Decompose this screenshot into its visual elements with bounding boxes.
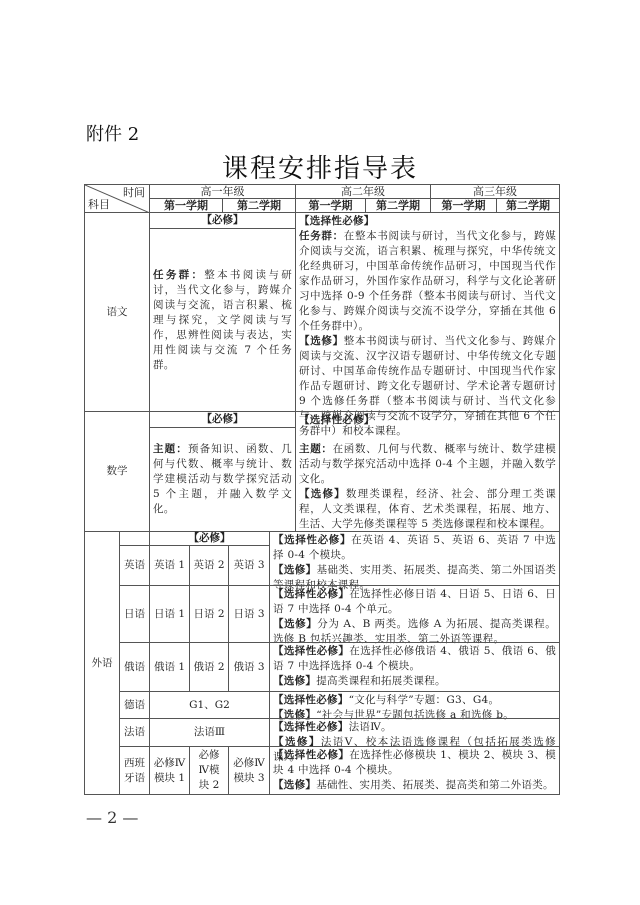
required-module: 必修Ⅳ模块 2 [189, 746, 229, 795]
semester-header: 第一学期 [149, 198, 223, 213]
required-module: 必修Ⅳ模块 3 [228, 746, 270, 795]
elective-label: 【选修】 [273, 675, 316, 687]
japanese-selective-content: 【选择性必修】在选择性必修日语 4、日语 5、日语 6、日语 7 中选择 0-4… [269, 585, 560, 643]
subject-math-name: 数学 [84, 411, 150, 532]
semester-header: 第二学期 [222, 198, 296, 213]
math-elective-label: 【选修】 [299, 488, 346, 500]
chinese-selective-content: 【选择性必修】 任务群：在整本书阅读与研讨，当代文化参与，跨媒介阅读与交流，语言… [295, 212, 560, 412]
math-selective-lead: 主题： [299, 443, 333, 455]
required-module: 日语 2 [189, 585, 229, 643]
french-selective-content: 【选择性必修】法语Ⅳ。 【选修】法语Ⅴ、校本法语选修课程（包括拓展类选修课）。 [269, 718, 560, 747]
selective-label: 【选择性必修】 [273, 694, 349, 706]
required-module: 俄语 1 [149, 642, 190, 692]
required-module: 日语 3 [228, 585, 270, 643]
chinese-required-content: 任务群：整本书阅读与研讨，当代文化参与，跨媒介阅读与交流，语言积累、梳理与探究，… [149, 228, 296, 412]
grade-header-1: 高一年级 [149, 184, 296, 199]
chinese-selective-label: 【选择性必修】 [299, 214, 556, 229]
chinese-selective-lead: 任务群： [299, 230, 344, 242]
elective-label: 【选修】 [273, 618, 317, 630]
selective-text: “文化与科学”专题：G3、G4。 [349, 694, 500, 706]
required-module: 日语 1 [149, 585, 190, 643]
semester-header: 第一学期 [295, 198, 366, 213]
elective-text: 基础性、实用类、拓展类、提高类和第二外语类。 [316, 779, 554, 791]
math-required-label: 【必修】 [149, 411, 296, 428]
elective-label: 【选修】 [273, 779, 316, 791]
page-number: — 2 — [86, 808, 138, 827]
required-module: 必修Ⅳ模块 1 [149, 746, 190, 795]
language-name-spanish: 西班牙语 [119, 746, 150, 795]
language-name-japanese: 日语 [119, 585, 150, 643]
english-selective-content: 【选择性必修】在英语 4、英语 5、英语 6、英语 7 中选择 0-4 个模块。… [269, 531, 560, 586]
corner-subject-label: 科目 [88, 197, 110, 212]
chinese-required-lead: 任务群： [153, 269, 204, 281]
semester-header: 第二学期 [365, 198, 431, 213]
chinese-elective-label: 【选修】 [299, 335, 344, 347]
required-module: 俄语 3 [228, 642, 270, 692]
foreign-required-label: 【必修】 [149, 531, 270, 546]
subject-chinese-name: 语文 [84, 212, 150, 412]
spanish-selective-content: 【选择性必修】在选择性必修模块 1、模块 2、模块 3、模块 4 中选择 0-4… [269, 746, 560, 795]
selective-label: 【选择性必修】 [273, 534, 351, 546]
selective-label: 【选择性必修】 [273, 749, 349, 761]
corner-time-label: 时间 [123, 185, 145, 200]
chinese-required-label: 【必修】 [149, 212, 296, 229]
elective-label: 【选修】 [273, 564, 317, 576]
required-module-merged: G1、G2 [149, 691, 270, 719]
grade-header-3: 高三年级 [430, 184, 560, 199]
semester-header: 第一学期 [430, 198, 497, 213]
selective-label: 【选择性必修】 [273, 645, 349, 657]
german-selective-content: 【选择性必修】“文化与科学”专题：G3、G4。 【选修】“社会与世界”专题包括选… [269, 691, 560, 719]
elective-text: 提高类课程和拓展类课程。 [316, 675, 446, 687]
document-title: 课程安排指导表 [0, 148, 640, 185]
corner-header-cell: 时间 科目 [84, 184, 150, 213]
math-selective-text: 在函数、几何与代数、概率与统计、数学建模活动与数学探究活动中选择 0-4 个主题… [299, 443, 556, 485]
subject-foreign-name: 外语 [84, 531, 120, 795]
math-required-content: 主题：预备知识、函数、几何与代数、概率与统计、数学建模活动与数学探究活动 5 个… [149, 427, 296, 532]
selective-text: 法语Ⅳ。 [349, 721, 392, 733]
math-selective-label: 【选择性必修】 [299, 413, 556, 428]
foreign-header-blank [119, 531, 150, 546]
math-required-lead: 主题： [153, 443, 188, 455]
required-module: 英语 2 [189, 545, 229, 586]
language-name-german: 德语 [119, 691, 150, 719]
course-schedule-table: 时间 科目 高一年级 高二年级 高三年级 第一学期 第二学期 第一学期 第二学期… [84, 184, 560, 795]
required-module-merged: 法语Ⅲ [149, 718, 270, 747]
selective-label: 【选择性必修】 [273, 721, 349, 733]
grade-header-2: 高二年级 [295, 184, 431, 199]
required-module: 英语 1 [149, 545, 190, 586]
language-name-english: 英语 [119, 545, 150, 586]
math-selective-content: 【选择性必修】 主题：在函数、几何与代数、概率与统计、数学建模活动与数学探究活动… [295, 411, 560, 532]
language-name-french: 法语 [119, 718, 150, 747]
chinese-required-text: 整本书阅读与研讨，当代文化参与，跨媒介阅读与交流，语言积累、梳理与探究，文学阅读… [153, 269, 292, 371]
chinese-selective-text: 在整本书阅读与研讨，当代文化参与，跨媒介阅读与交流，语言积累、梳理与探究，中华传… [299, 230, 556, 332]
selective-label: 【选择性必修】 [273, 588, 349, 600]
required-module: 俄语 2 [189, 642, 229, 692]
required-module: 英语 3 [228, 545, 270, 586]
russian-selective-content: 【选择性必修】在选择性必修俄语 4、俄语 5、俄语 6、俄语 7 中选择选择 0… [269, 642, 560, 692]
semester-header: 第二学期 [496, 198, 560, 213]
language-name-russian: 俄语 [119, 642, 150, 692]
attachment-label: 附件 2 [86, 120, 139, 146]
